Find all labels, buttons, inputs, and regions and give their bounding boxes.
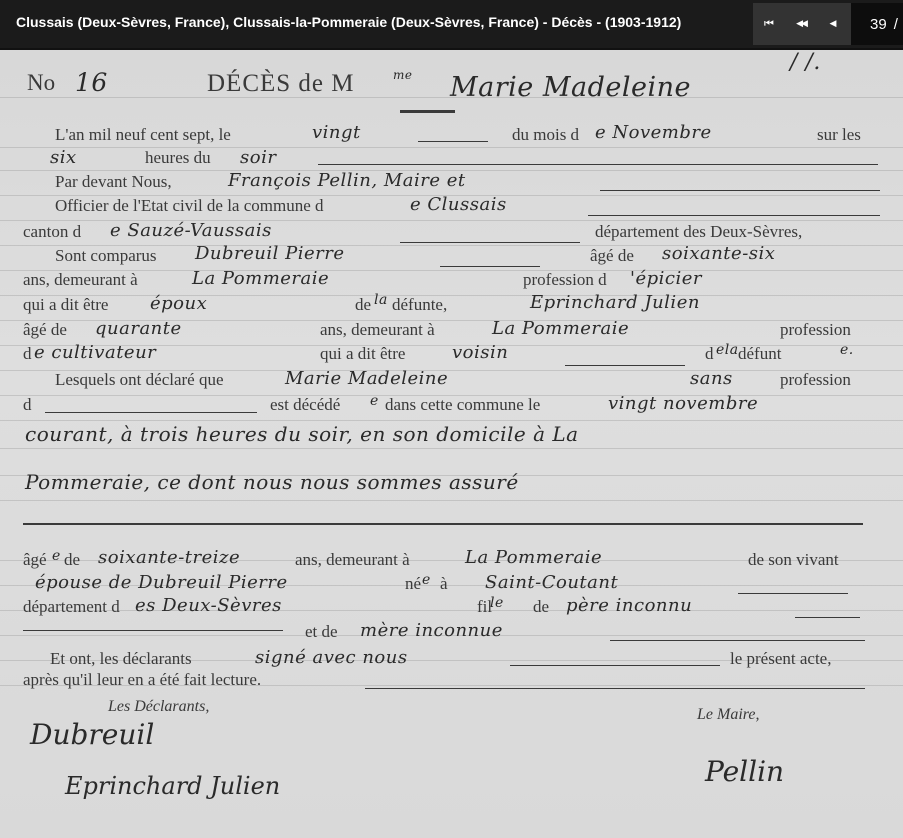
text: Par devant Nous, [55,172,172,192]
text: ela [716,342,739,358]
text: heures du [145,148,211,168]
text: profession [780,370,851,390]
text-line-1: L'an mil neuf cent sept, le [55,125,231,145]
text: du mois d [512,125,579,145]
text: âgé [23,550,47,570]
text: à [440,574,448,594]
handwritten-commune: e Clussais [410,194,507,215]
handwritten-profession-1: 'épicier [630,268,702,289]
handwritten-birthplace: Saint-Coutant [485,572,618,593]
text: le présent acte, [730,649,831,669]
declarant-signature-1: Dubreuil [30,718,154,751]
record-number: 16 [75,68,108,97]
handwritten-canton: e Sauzé-Vaussais [110,220,272,241]
handwritten-department: es Deux-Sèvres [135,595,282,616]
mayor-label: Le Maire, [697,706,760,724]
handwritten-age-1: soixante-six [662,243,775,264]
text: e [52,548,61,564]
text: défunte, [392,295,447,315]
fast-back-button[interactable]: ◀◀ [785,3,817,45]
record-heading: DÉCÈS de M [207,70,355,98]
text: Lesquels ont déclaré que [55,370,224,390]
text: canton d [23,222,81,242]
handwritten-death-date: vingt novembre [608,393,758,414]
text: et de [305,622,338,642]
text: d [23,344,32,364]
corner-mark: / /. [790,50,821,75]
document-image: No 16 DÉCÈS de M me Marie Madeleine / /.… [0,50,903,838]
fast-backward-icon: ◀◀ [796,19,806,29]
text: ans, demeurant à [295,550,410,570]
handwritten-declarant-1: Dubreuil Pierre [195,243,345,264]
text: la [374,292,388,308]
text: Officier de l'Etat civil de la commune d [55,196,324,216]
text: qui a dit être [23,295,108,315]
text: né [405,574,421,594]
text: profession d [523,270,607,290]
text: âgé de [590,246,634,266]
handwritten-deceased-age: soixante-treize [98,547,240,568]
text: profession [780,320,851,340]
handwritten-place-1: La Pommeraie [192,268,329,289]
handwritten-profession-3: sans [690,368,733,389]
previous-page-button[interactable]: ◀ [817,3,849,45]
handwritten-deceased-place: La Pommeraie [465,547,602,568]
handwritten-relation-2: voisin [452,342,508,363]
page-number-input[interactable]: 39 / [851,3,903,45]
handwritten-relation-1: époux [150,293,207,314]
handwritten-line-14: Pommeraie, ce dont nous nous sommes assu… [25,470,519,494]
text: défunt [738,344,781,364]
handwritten-declarant-2: Eprinchard Julien [530,292,700,313]
handwritten-signed: signé avec nous [255,647,408,668]
handwritten-time: soir [240,147,276,168]
text: e [422,572,431,588]
document-title: Clussais (Deux-Sèvres, France), Clussais… [16,14,681,30]
mayor-signature: Pellin [705,755,784,788]
text: ans, demeurant à [320,320,435,340]
viewer-toolbar: Clussais (Deux-Sèvres, France), Clussais… [0,0,903,50]
text: Sont comparus [55,246,157,266]
text: dans cette commune le [385,395,540,415]
record-number-label: No [27,70,55,96]
handwritten-mother: mère inconnue [360,620,503,641]
handwritten-line-13: courant, à trois heures du soir, en son … [25,422,579,446]
text: après qu'il leur en a été fait lecture. [23,670,261,690]
text: de [533,597,549,617]
handwritten-month: e Novembre [595,122,712,143]
skip-to-first-icon: ⏮ [764,17,774,31]
first-page-button[interactable]: ⏮ [753,3,785,45]
page-navigation: ⏮ ◀◀ ◀ [753,3,851,45]
heading-superscript: me [393,68,412,82]
deceased-name: Marie Madeleine [450,72,691,103]
handwritten-profession-2: e cultivateur [34,342,156,363]
handwritten-hour: six [50,147,77,168]
text: âgé de [23,320,67,340]
text: est décédé [270,395,340,415]
text: e [370,393,379,409]
text: de [64,550,80,570]
text: sur les [817,125,861,145]
text: e. [840,342,854,358]
text: de son vivant [748,550,839,570]
handwritten-day: vingt [312,122,361,143]
handwritten-deceased-name: Marie Madeleine [285,368,448,389]
text: le [490,595,504,611]
previous-icon: ◀ [830,19,837,29]
page-separator: / [894,16,898,33]
text: qui a dit être [320,344,405,364]
page-number: 39 [870,16,887,33]
text: d [705,344,714,364]
text: département d [23,597,120,617]
handwritten-age-2: quarante [95,318,182,339]
text: d [23,395,32,415]
declarants-label: Les Déclarants, [108,698,209,716]
text: de [355,295,371,315]
declarant-signature-2: Eprinchard Julien [65,772,280,800]
handwritten-father: père inconnu [566,595,692,616]
text: Et ont, les déclarants [50,649,192,669]
handwritten-officer: François Pellin, Maire et [228,170,466,191]
handwritten-place-2: La Pommeraie [492,318,629,339]
text: ans, demeurant à [23,270,138,290]
text: département des Deux-Sèvres, [595,222,802,242]
handwritten-marital-status: épouse de Dubreuil Pierre [35,572,288,593]
